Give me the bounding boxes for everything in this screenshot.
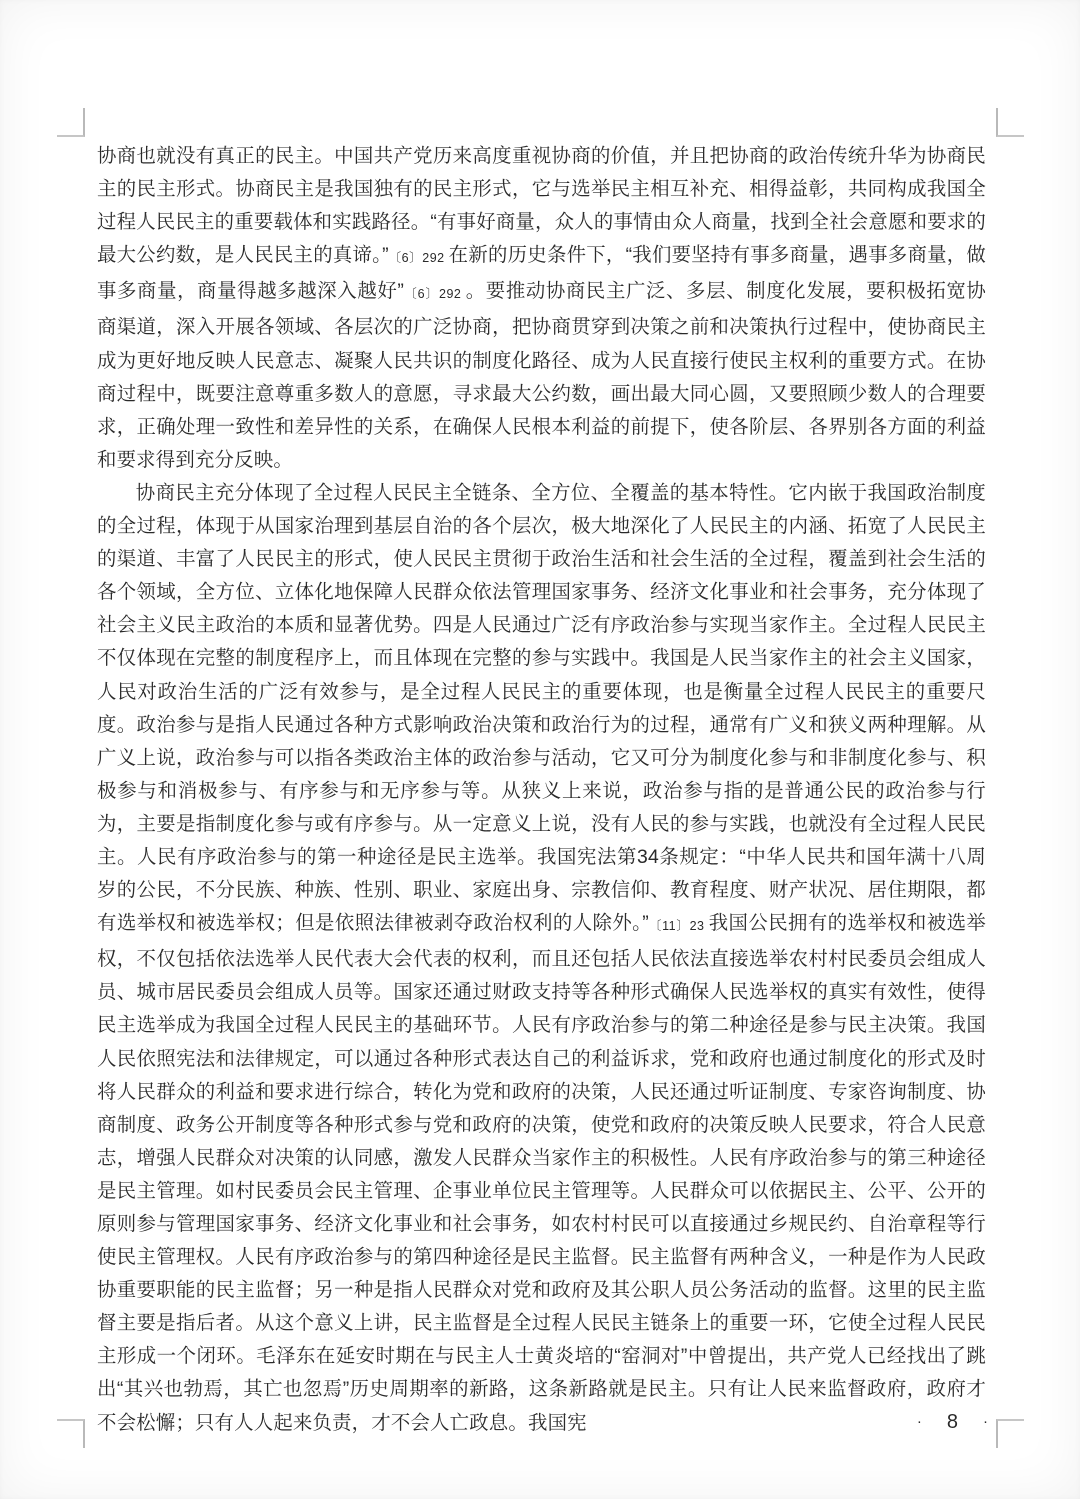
page-number: 8: [947, 1408, 958, 1436]
paragraph: 协商也就没有真正的民主。中国共产党历来高度重视协商的价值，并且把协商的政治传统升…: [97, 140, 986, 477]
citation-marker: 〔6〕292: [395, 251, 445, 265]
page-footer: · 8 ·: [0, 1408, 988, 1436]
text-run: 我国公民拥有的选举权和被选举权，不仅包括依法选举人民代表大会代表的权利，而且还包…: [97, 912, 986, 1433]
scanned-page: 协商也就没有真正的民主。中国共产党历来高度重视协商的价值，并且把协商的政治传统升…: [0, 0, 1080, 1499]
text-run: 协商民主充分体现了全过程人民民主全链条、全方位、全覆盖的基本特性。它内嵌于我国政…: [97, 482, 986, 934]
crop-mark-bottom-right: [996, 1419, 1024, 1448]
crop-mark-top-left: [57, 108, 85, 137]
paragraph: 协商民主充分体现了全过程人民民主全链条、全方位、全覆盖的基本特性。它内嵌于我国政…: [97, 477, 986, 1440]
footer-right-dot: ·: [983, 1408, 988, 1436]
body-text: 协商也就没有真正的民主。中国共产党历来高度重视协商的价值，并且把协商的政治传统升…: [97, 140, 986, 1440]
text-run: 。要推动协商民主广泛、多层、制度化发展，要积极拓宽协商渠道，深入开展各领域、各层…: [97, 280, 986, 470]
crop-mark-top-right: [996, 108, 1024, 137]
citation-marker: 〔11〕23: [655, 919, 705, 933]
footer-left-dot: ·: [917, 1408, 922, 1436]
citation-marker: 〔6〕292: [410, 287, 461, 301]
